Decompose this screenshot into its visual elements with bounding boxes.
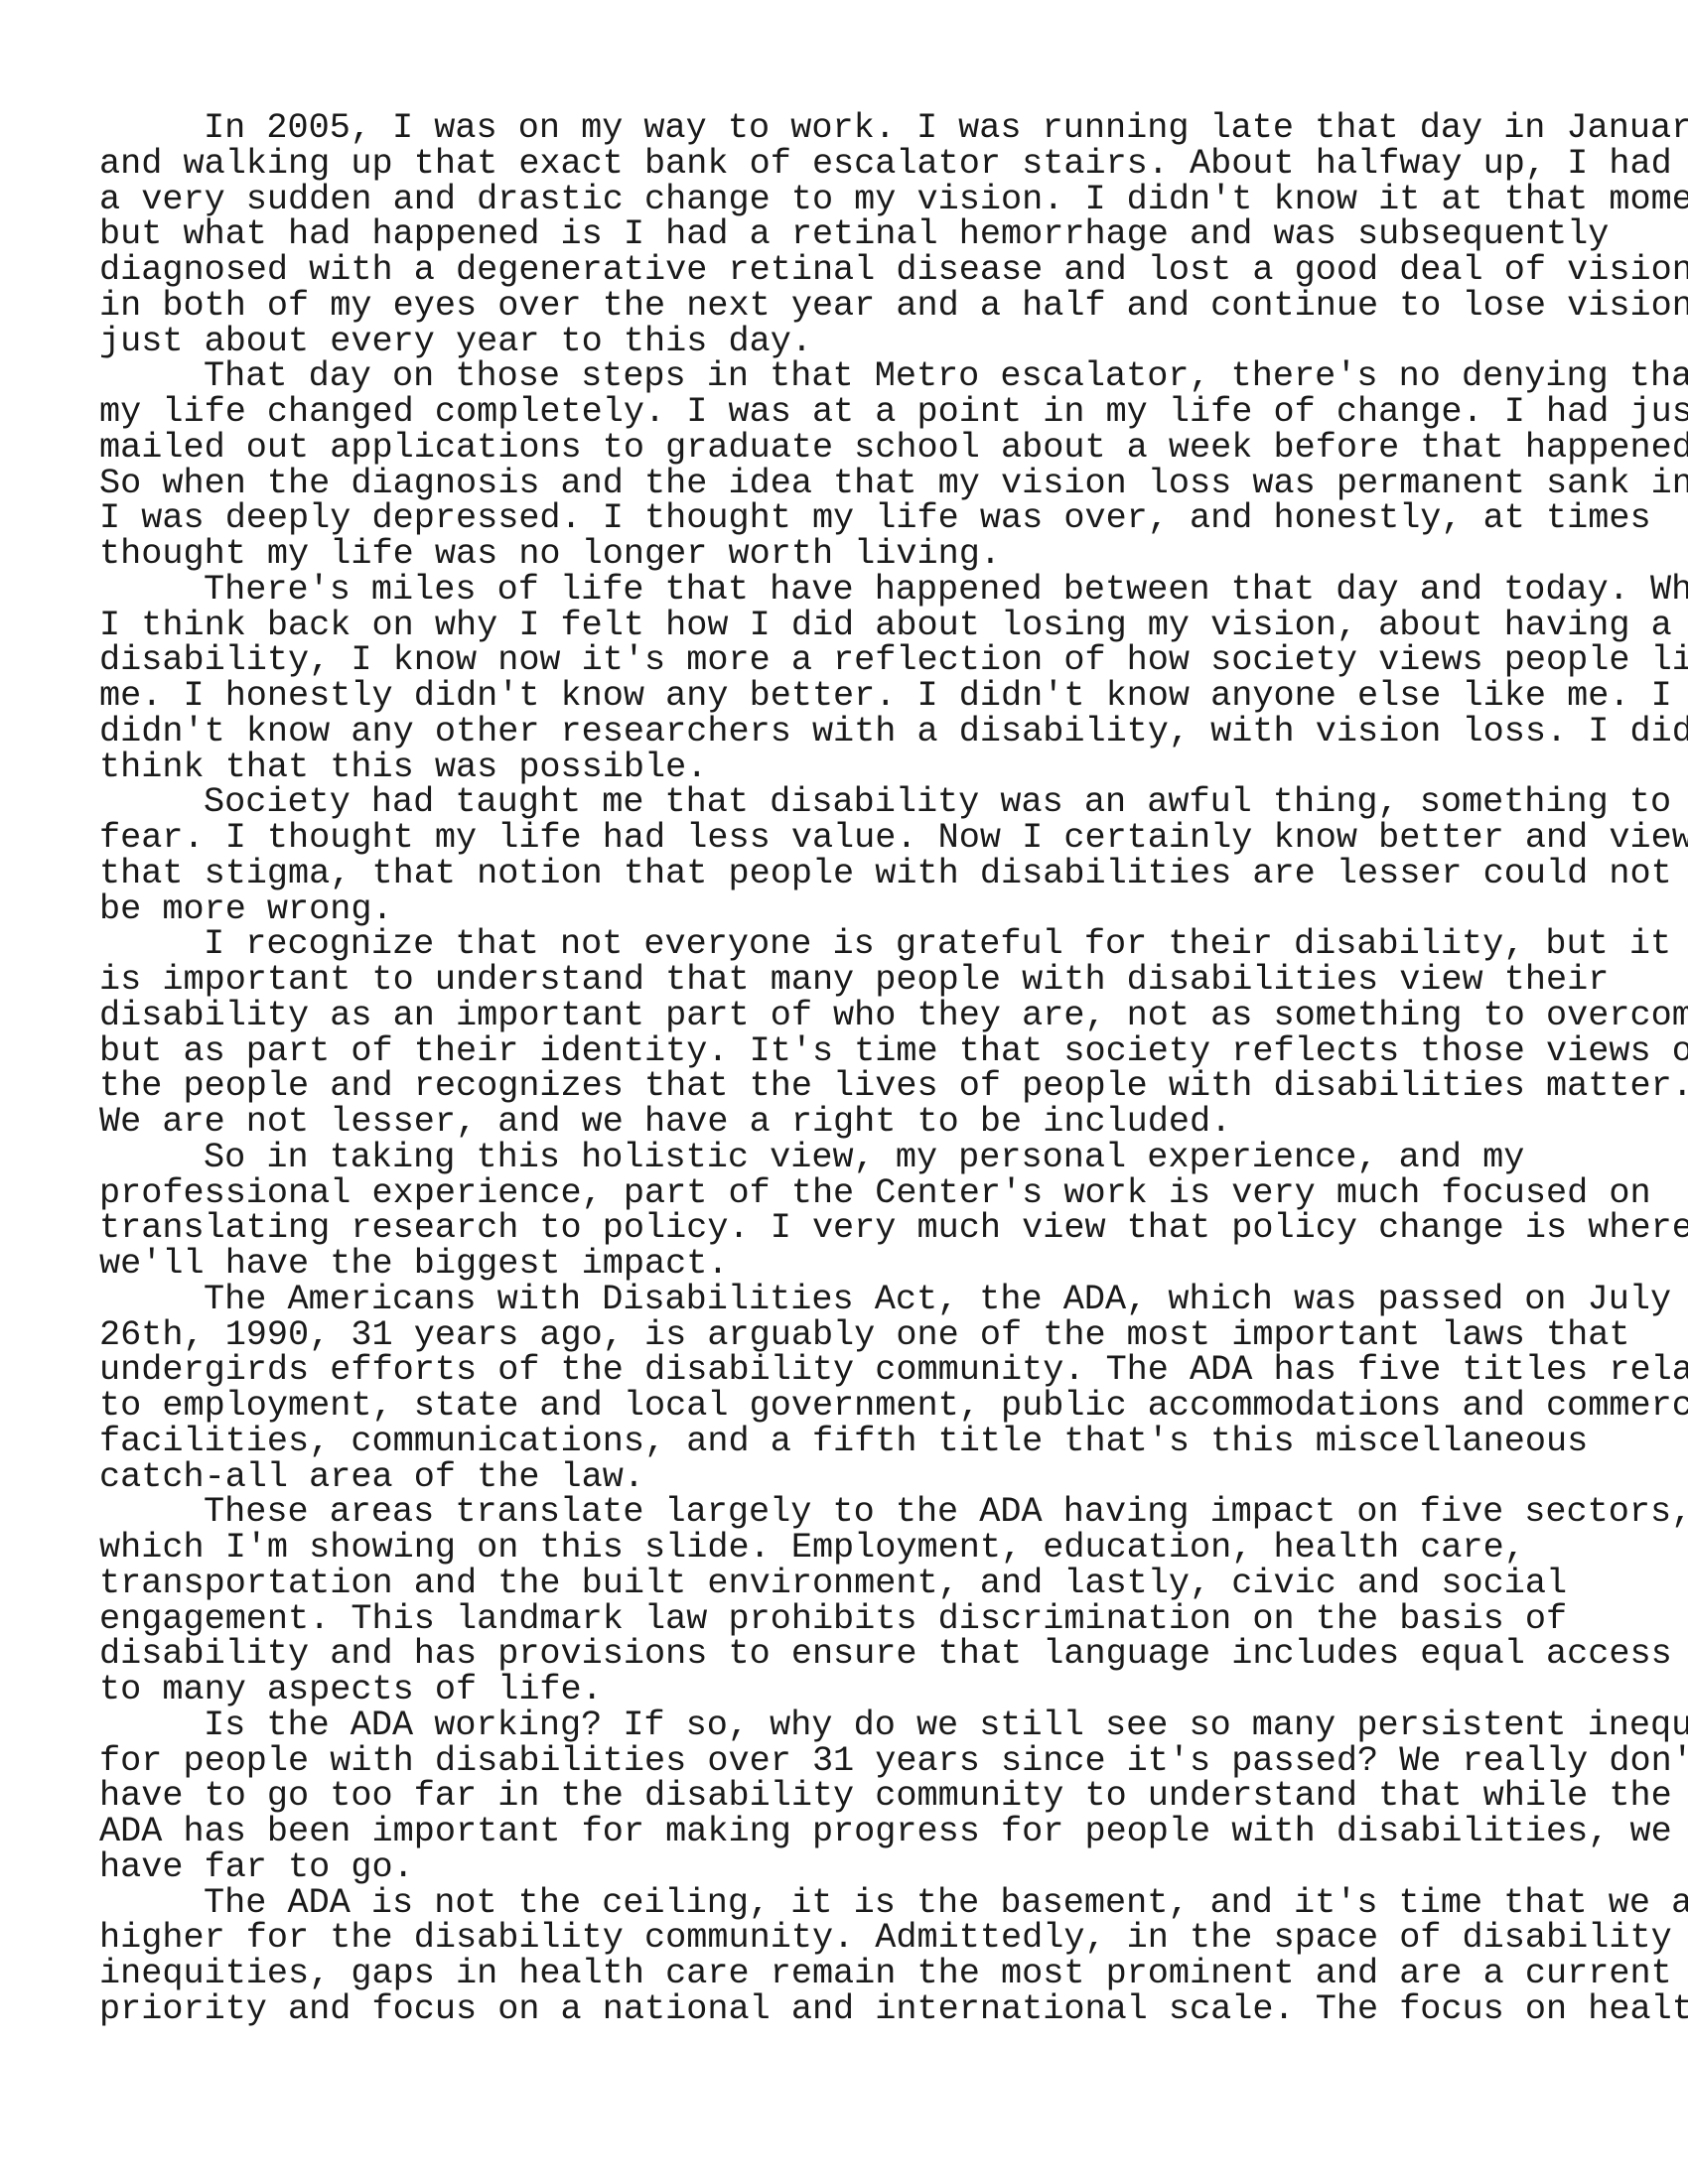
text-line: Society had taught me that disability wa… [99,785,1589,821]
text-line: Is the ADA working? If so, why do we sti… [99,1708,1589,1744]
text-line: higher for the disability community. Adm… [99,1921,1589,1957]
text-line: in both of my eyes over the next year an… [99,289,1589,325]
text-line: disability as an important part of who t… [99,999,1589,1034]
paragraph: That day on those steps in that Metro es… [99,359,1589,573]
text-line: priority and focus on a national and int… [99,1992,1589,2028]
text-line: mailed out applications to graduate scho… [99,431,1589,467]
paragraph: So in taking this holistic view, my pers… [99,1141,1589,1283]
text-line: catch-all area of the law. [99,1460,1589,1496]
paragraph: I recognize that not everyone is gratefu… [99,927,1589,1141]
paragraph: Is the ADA working? If so, why do we sti… [99,1708,1589,1886]
text-line: to employment, state and local governmen… [99,1389,1589,1425]
paragraph: The Americans with Disabilities Act, the… [99,1283,1589,1496]
text-line: have to go too far in the disability com… [99,1779,1589,1815]
text-line: be more wrong. [99,892,1589,928]
paragraph: Society had taught me that disability wa… [99,785,1589,927]
text-line: In 2005, I was on my way to work. I was … [99,111,1589,147]
text-line: These areas translate largely to the ADA… [99,1495,1589,1531]
text-line: is important to understand that many peo… [99,963,1589,999]
text-line: thought my life was no longer worth livi… [99,537,1589,573]
text-line: We are not lesser, and we have a right t… [99,1105,1589,1141]
text-line: The Americans with Disabilities Act, the… [99,1283,1589,1318]
text-line: fear. I thought my life had less value. … [99,821,1589,857]
text-line: translating research to policy. I very m… [99,1211,1589,1247]
text-line: diagnosed with a degenerative retinal di… [99,253,1589,289]
paragraph: There's miles of life that have happened… [99,573,1589,786]
paragraph: These areas translate largely to the ADA… [99,1495,1589,1708]
text-line: the people and recognizes that the lives… [99,1069,1589,1105]
text-line: That day on those steps in that Metro es… [99,359,1589,395]
text-line: facilities, communications, and a fifth … [99,1425,1589,1460]
paragraph: In 2005, I was on my way to work. I was … [99,111,1589,359]
text-line: that stigma, that notion that people wit… [99,857,1589,892]
text-line: me. I honestly didn't know any better. I… [99,679,1589,715]
text-line: undergirds efforts of the disability com… [99,1353,1589,1389]
text-line: inequities, gaps in health care remain t… [99,1957,1589,1992]
text-line: have far to go. [99,1850,1589,1886]
text-line: a very sudden and drastic change to my v… [99,183,1589,218]
text-line: I recognize that not everyone is gratefu… [99,927,1589,963]
text-line: 26th, 1990, 31 years ago, is arguably on… [99,1318,1589,1354]
text-line: So in taking this holistic view, my pers… [99,1141,1589,1176]
text-line: There's miles of life that have happened… [99,573,1589,609]
text-line: I think back on why I felt how I did abo… [99,609,1589,644]
text-line: The ADA is not the ceiling, it is the ba… [99,1886,1589,1922]
text-line: professional experience, part of the Cen… [99,1176,1589,1212]
text-line: I was deeply depressed. I thought my lif… [99,501,1589,537]
document-page: In 2005, I was on my way to work. I was … [99,111,1589,2028]
text-line: transportation and the built environment… [99,1567,1589,1602]
text-line: but as part of their identity. It's time… [99,1034,1589,1070]
text-line: So when the diagnosis and the idea that … [99,467,1589,502]
text-line: disability and has provisions to ensure … [99,1637,1589,1673]
text-line: we'll have the biggest impact. [99,1247,1589,1283]
text-line: and walking up that exact bank of escala… [99,147,1589,183]
text-line: which I'm showing on this slide. Employm… [99,1531,1589,1567]
text-line: but what had happened is I had a retinal… [99,217,1589,253]
paragraph: The ADA is not the ceiling, it is the ba… [99,1886,1589,2028]
text-line: for people with disabilities over 31 yea… [99,1744,1589,1780]
text-line: think that this was possible. [99,751,1589,786]
text-line: engagement. This landmark law prohibits … [99,1602,1589,1638]
text-line: ADA has been important for making progre… [99,1815,1589,1850]
text-line: didn't know any other researchers with a… [99,715,1589,751]
text-line: just about every year to this day. [99,325,1589,360]
text-line: my life changed completely. I was at a p… [99,395,1589,431]
text-line: to many aspects of life. [99,1673,1589,1708]
text-line: disability, I know now it's more a refle… [99,643,1589,679]
